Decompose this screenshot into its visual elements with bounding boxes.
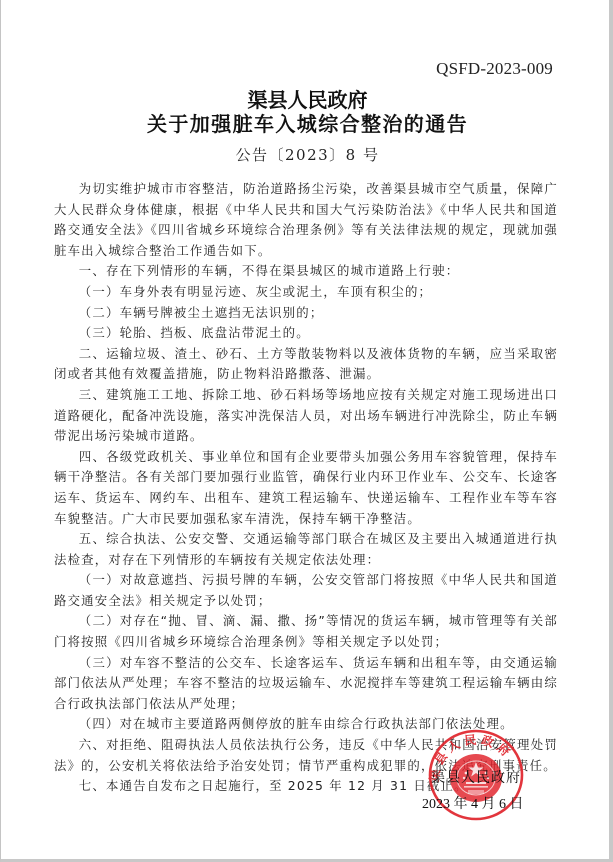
document-body: 为切实维护城市市容整洁，防治道路扬尘污染，改善渠县城市空气质量，保障广大人民群众… <box>54 179 558 797</box>
document-number: 公告〔2023〕8 号 <box>1 144 613 165</box>
clause-1-item-1: （一）车身外表有明显污迹、灰尘或泥土，车顶有积尘的； <box>54 282 558 303</box>
clause-1: 一、存在下列情形的车辆，不得在渠县城区的城市道路上行驶： <box>54 261 558 282</box>
document-code: QSFD-2023-009 <box>436 59 553 79</box>
signature-issuer: 渠县人民政府 <box>431 767 521 787</box>
clause-5-item-3: （三）对车容不整洁的公交车、长途客运车、货运车辆和出租车等，由交通运输部门依法从… <box>54 653 558 715</box>
clause-2: 二、运输垃圾、渣土、砂石、土方等散装物料以及液体货物的车辆，应当采取密闭或者其他… <box>54 344 558 385</box>
signature-date: 2023 年 4 月 6 日 <box>422 793 524 813</box>
title-subject: 关于加强脏车入城综合整治的通告 <box>1 108 613 137</box>
clause-4: 四、各级党政机关、事业单位和国有企业要带头加强公务用车容貌管理，保持车辆干净整洁… <box>54 447 558 529</box>
clause-1-item-3: （三）轮胎、挡板、底盘沾带泥土的。 <box>54 323 558 344</box>
document-page: QSFD-2023-009 渠县人民政府 关于加强脏车入城综合整治的通告 公告〔… <box>0 0 613 862</box>
clause-5-item-2: （二）对存在“抛、冒、滴、漏、撒、扬”等情况的货运车辆，城市管理等有关部门将按照… <box>54 611 558 652</box>
clause-5-item-1: （一）对故意遮挡、污损号牌的车辆，公安交管部门将按照《中华人民共和国道路交通安全… <box>54 570 558 611</box>
intro-paragraph: 为切实维护城市市容整洁，防治道路扬尘污染，改善渠县城市空气质量，保障广大人民群众… <box>54 179 558 261</box>
clause-5: 五、综合执法、公安交警、交通运输等部门联合在城区及主要出入城通道进行执法检查，对… <box>54 529 558 570</box>
clause-3: 三、建筑施工工地、拆除工地、砂石料场等场地应按有关规定对施工现场进出口道路硬化，… <box>54 385 558 447</box>
clause-1-item-2: （二）车辆号牌被尘土遮挡无法识别的； <box>54 303 558 324</box>
